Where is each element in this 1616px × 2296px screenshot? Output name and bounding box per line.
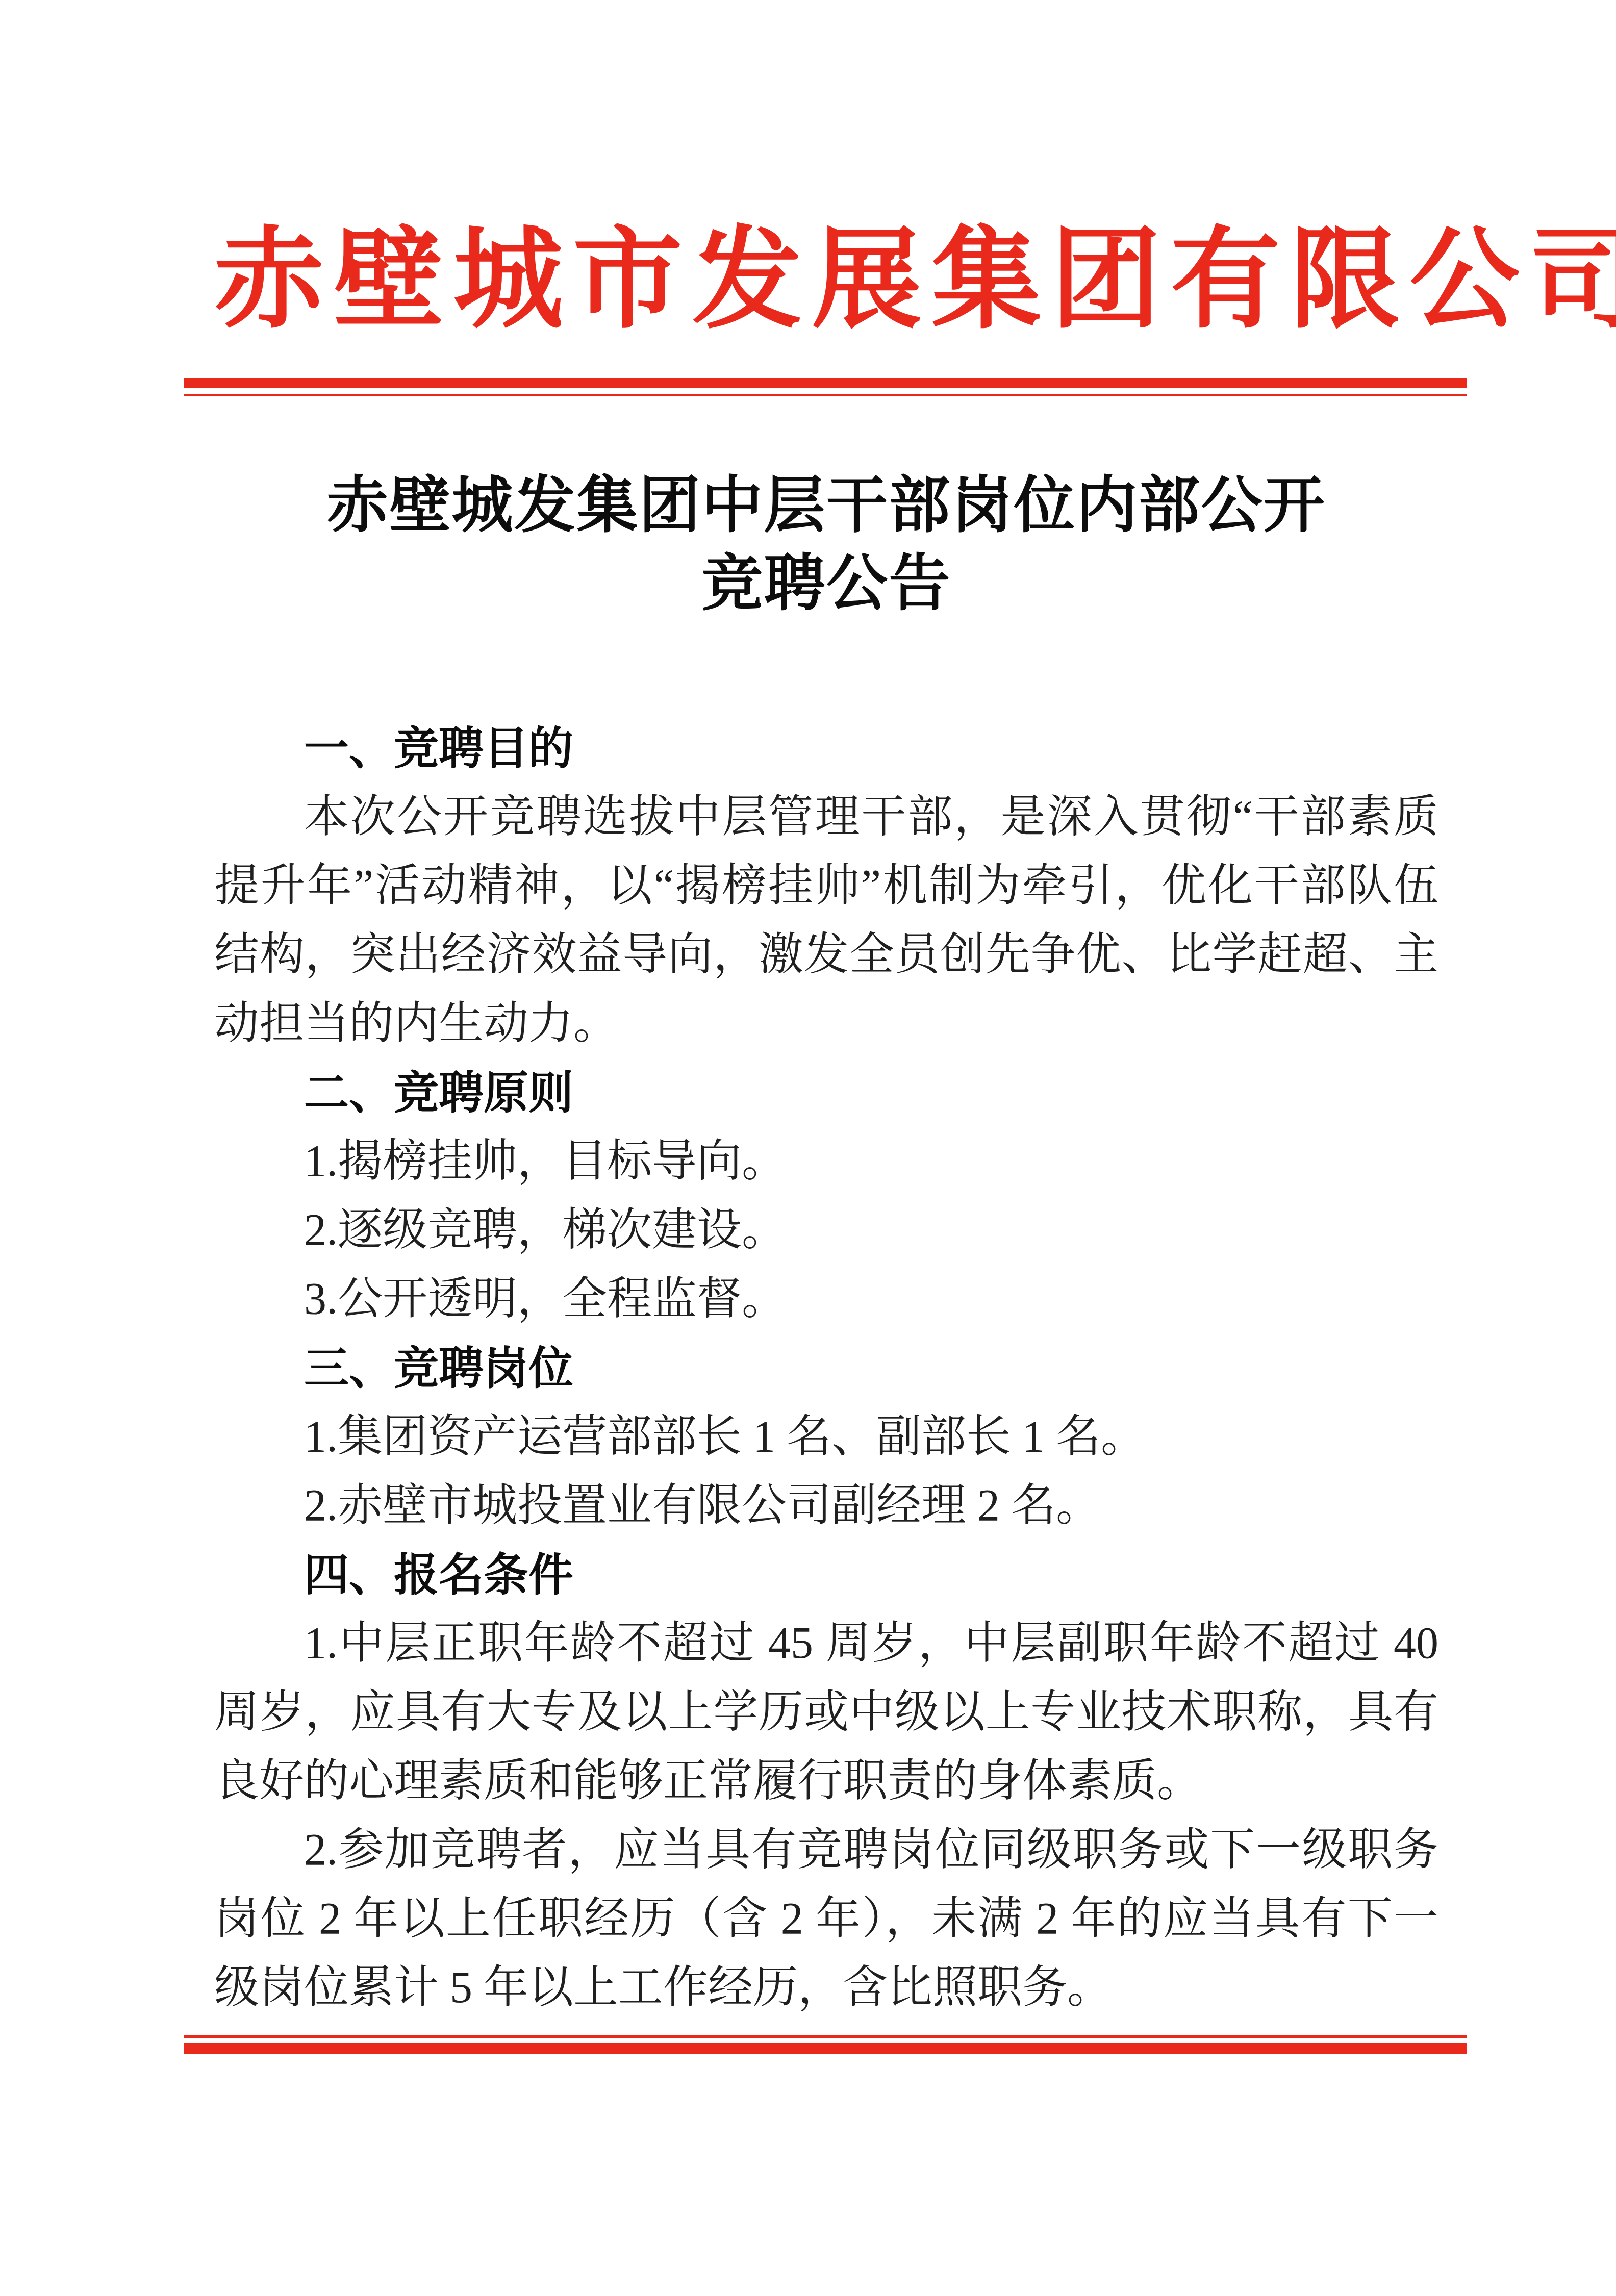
section-heading-principles: 二、竞聘原则 [214, 1058, 1438, 1127]
document-title-line2: 竞聘公告 [214, 545, 1438, 623]
paragraph: 本次公开竞聘选拔中层管理干部，是深入贯彻“干部素质提升年”活动精神，以“揭榜挂帅… [214, 783, 1438, 1058]
section-heading-positions: 三、竞聘岗位 [214, 1333, 1438, 1402]
document-title-line1: 赤壁城发集团中层干部岗位内部公开 [214, 467, 1438, 545]
document-title: 赤壁城发集团中层干部岗位内部公开 竞聘公告 [214, 467, 1438, 623]
paragraph: 1.中层正职年龄不超过 45 周岁，中层副职年龄不超过 40 周岁，应具有大专及… [214, 1609, 1438, 1815]
paragraph: 2.参加竞聘者，应当具有竞聘岗位同级职务或下一级职务岗位 2 年以上任职经历（含… [214, 1815, 1438, 2022]
header-rule-thin [184, 394, 1467, 396]
header-rule-thick [184, 378, 1467, 388]
paragraph: 2.逐级竞聘，梯次建设。 [214, 1196, 1438, 1265]
document-sheet: 赤壁城市发展集团有限公司 赤壁城发集团中层干部岗位内部公开 竞聘公告 一、竞聘目… [214, 0, 1438, 2054]
document-page: { "document": { "letterhead": "赤壁城市发展集团有… [0, 0, 1616, 2296]
company-letterhead: 赤壁城市发展集团有限公司 [214, 217, 1438, 344]
paragraph: 2.赤壁市城投置业有限公司副经理 2 名。 [214, 1471, 1438, 1540]
paragraph: 1.集团资产运营部部长 1 名、副部长 1 名。 [214, 1402, 1438, 1471]
section-heading-requirements: 四、报名条件 [214, 1540, 1438, 1609]
paragraph: 3.公开透明，全程监督。 [214, 1265, 1438, 1333]
footer-rule-thick [184, 2043, 1467, 2054]
section-heading-purpose: 一、竞聘目的 [214, 714, 1438, 783]
paragraph: 1.揭榜挂帅，目标导向。 [214, 1127, 1438, 1196]
document-body: 一、竞聘目的 本次公开竞聘选拔中层管理干部，是深入贯彻“干部素质提升年”活动精神… [214, 714, 1438, 2022]
footer-rule-thin [184, 2035, 1467, 2038]
